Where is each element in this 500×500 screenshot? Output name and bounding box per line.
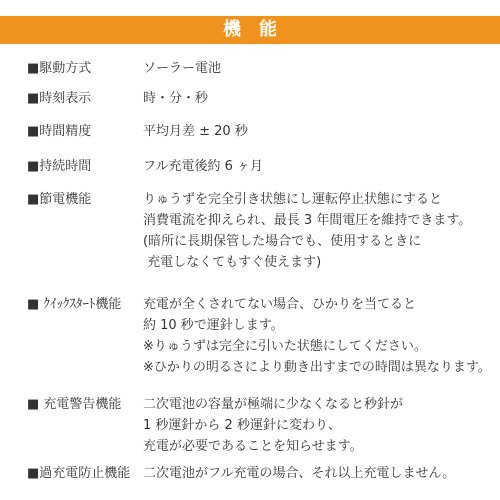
spec-value: フル充電後約 6 ヶ月 bbox=[143, 156, 499, 177]
spec-label: ■持続時間 bbox=[27, 156, 91, 177]
spec-label: ■ ｸｲｯｸｽﾀｰﾄ機能 bbox=[27, 294, 121, 315]
header-bar: 機 能 bbox=[0, 16, 500, 44]
spec-value: 二次電池がフル充電の場合、それ以上充電しません。 bbox=[143, 463, 499, 484]
spec-label: ■過充電防止機能 bbox=[27, 463, 130, 484]
spec-value: 時・分・秒 bbox=[143, 88, 499, 109]
spec-label: ■節電機能 bbox=[27, 189, 91, 210]
spec-label: ■駆動方式 bbox=[27, 58, 91, 79]
spec-label: ■時刻表示 bbox=[27, 88, 91, 109]
spec-value: りゅうずを完全引き状態にし運転停止状態にすると 消費電流を抑えられ、最長 3 年… bbox=[143, 189, 499, 273]
spec-value: 二次電池の容量が極端に少なくなると秒針が 1 秒運針から 2 秒運針に変わり、 … bbox=[143, 394, 499, 457]
page-title: 機 能 bbox=[223, 21, 277, 39]
spec-value: 平均月差 ± 20 秒 bbox=[143, 121, 499, 142]
spec-sheet-page: 機 能 ■駆動方式 ソーラー電池 ■時刻表示 時・分・秒 ■時間精度 平均月差 … bbox=[0, 0, 500, 500]
spec-value: 充電が全くされてない場合、ひかりを当てると 約 10 秒で運針します。 ※りゅう… bbox=[143, 294, 499, 378]
spec-label: ■ 充電警告機能 bbox=[27, 394, 121, 415]
spec-label: ■時間精度 bbox=[27, 121, 91, 142]
spec-value: ソーラー電池 bbox=[143, 58, 499, 79]
